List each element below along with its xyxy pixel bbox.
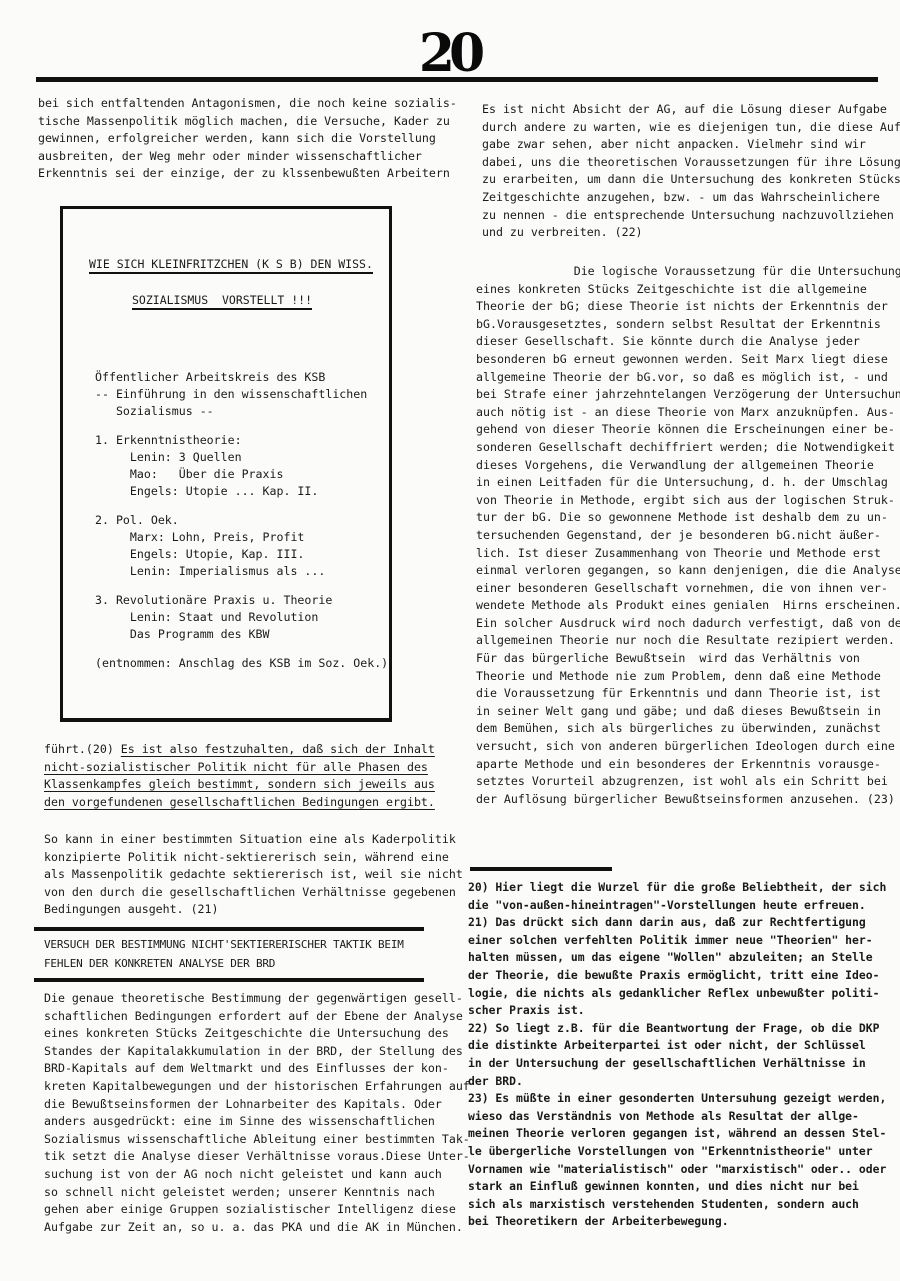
text-line: gabe zwar sehen, aber nicht anpacken. Vi… <box>482 136 882 154</box>
footnotes: 20) Hier liegt die Wurzel für die große … <box>468 879 868 1231</box>
footnote-line: halten müssen, um das eigene "Wollen" ab… <box>468 949 868 967</box>
box-line: Lenin: Staat und Revolution <box>95 609 318 627</box>
text-line: Theorie und Methode nie zum Problem, den… <box>476 668 876 686</box>
footnote-line: 23) Es müßte in einer gesonderten Unters… <box>468 1090 868 1108</box>
text-line: dieses Vorgehens, die Verwandlung der al… <box>476 457 876 475</box>
text-line: ausbreiten, der Weg mehr oder minder wis… <box>38 148 438 166</box>
left-paragraph-3: Die genaue theoretische Bestimmung der g… <box>44 990 444 1236</box>
text-line: setztes Vorurteil abzugrenzen, ist wohl … <box>476 773 876 791</box>
text-line: Standes der Kapitalakkumulation in der B… <box>44 1043 444 1061</box>
text-line: bei sich entfaltenden Antagonismen, die … <box>38 95 438 113</box>
underlined-text: nicht-sozialistischer Politik nicht für … <box>44 759 444 777</box>
text-line: dieser Gesellschaft. Sie könnte durch di… <box>476 333 876 351</box>
box-line: Öffentlicher Arbeitskreis des KSB <box>95 369 325 387</box>
footnote-line: logie, die nichts als gedanklicher Refle… <box>468 985 868 1003</box>
box-line: -- Einführung in den wissenschaftlichen <box>95 386 367 404</box>
box-line: Mao: Über die Praxis <box>95 466 283 484</box>
text-line: lich. Ist dieser Zusammenhang von Theori… <box>476 545 876 563</box>
box-line: Engels: Utopie ... Kap. II. <box>95 483 318 501</box>
section-heading-line-2: FEHLEN DER KONKRETEN ANALYSE DER BRD <box>44 957 275 970</box>
text-line: einer besonderen Gesellschaft vornehmen,… <box>476 580 876 598</box>
box-line: Lenin: Imperialismus als ... <box>95 563 325 581</box>
text-line: schaftlichen Bedingungen erfordert auf d… <box>44 1008 444 1026</box>
text-line: gehen aber einige Gruppen sozialistische… <box>44 1201 444 1219</box>
text-line: in einen Leitfaden für die Untersuchung,… <box>476 474 876 492</box>
page-number: 20 <box>404 28 494 80</box>
box-line: (entnommen: Anschlag des KSB im Soz. Oek… <box>95 655 388 673</box>
text-line: die Bewußtseinsformen der Lohnarbeiter d… <box>44 1096 444 1114</box>
footnote-line: wieso das Verständnis von Methode als Re… <box>468 1108 868 1126</box>
box-line: Sozialismus -- <box>95 403 214 421</box>
text-line: Zeitgeschichte anzugehen, bzw. - um das … <box>482 189 882 207</box>
text-line: Ein solcher Ausdruck wird noch dadurch v… <box>476 615 876 633</box>
text-line: Bedingungen ausgeht. (21) <box>44 901 444 919</box>
text-line: zu erarbeiten, um dann die Untersuchung … <box>482 171 882 189</box>
footnote-line: in der Untersuchung der gesellschaftlich… <box>468 1055 868 1073</box>
box-title-line-2: SOZIALISMUS VORSTELLT !!! <box>132 293 312 310</box>
text-line: wendete Methode als Produkt eines genial… <box>476 597 876 615</box>
box-line: 1. Erkenntnistheorie: <box>95 432 242 450</box>
text-line: So kann in einer bestimmten Situation ei… <box>44 831 444 849</box>
text-line: Die genaue theoretische Bestimmung der g… <box>44 990 444 1008</box>
footnote-line: 20) Hier liegt die Wurzel für die große … <box>468 879 868 897</box>
footnote-line: bei Theoretikern der Arbeiterbewegung. <box>468 1213 868 1231</box>
text-line: tische Massenpolitik möglich machen, die… <box>38 113 438 131</box>
footnote-line: die distinkte Arbeiterpartei ist oder ni… <box>468 1037 868 1055</box>
box-line: 3. Revolutionäre Praxis u. Theorie <box>95 592 332 610</box>
underlined-text: den vorgefundenen gesellschaftlichen Bed… <box>44 794 444 812</box>
text-line: Aufgabe zur Zeit an, so u. a. das PKA un… <box>44 1219 444 1237</box>
text-line: bei Strafe einer jahrzehntelangen Verzög… <box>476 386 876 404</box>
box-title-line-1: WIE SICH KLEINFRITZCHEN (K S B) DEN WISS… <box>89 257 373 274</box>
box-line: Das Programm des KBW <box>95 626 270 644</box>
text-line: gehend von dieser Theorie können die Ers… <box>476 421 876 439</box>
text-line: durch andere zu warten, wie es diejenige… <box>482 119 882 137</box>
text-line: Die logische Voraussetzung für die Unter… <box>476 263 876 281</box>
text-line: von Theorie in Methode, ergibt sich aus … <box>476 492 876 510</box>
text-line: versucht, sich von anderen bürgerlichen … <box>476 738 876 756</box>
text-line: Für das bürgerliche Bewußtsein wird das … <box>476 650 876 668</box>
text-line: zu nennen - die entsprechende Untersuchu… <box>482 207 882 225</box>
text-line: in seiner Welt gang und gäbe; und daß di… <box>476 703 876 721</box>
footnote-line: der Theorie, die bewußte Praxis ermöglic… <box>468 967 868 985</box>
footnote-separator <box>470 867 612 871</box>
text-line: sonderen Gesellschaft dechiffriert werde… <box>476 439 876 457</box>
text-line: führt.(20) Es ist also festzuhalten, daß… <box>44 741 444 759</box>
text-line: Theorie der bG; diese Theorie ist nichts… <box>476 298 876 316</box>
text-line: auch nötig ist - an diese Theorie von Ma… <box>476 404 876 422</box>
footnote-line: stark an Einfluß gewinnen konnten, und d… <box>468 1178 868 1196</box>
text-line: und zu verbreiten. (22) <box>482 224 882 242</box>
text-line: besonderen bG erneut gewonnen werden. Se… <box>476 351 876 369</box>
footnote-line: 22) So liegt z.B. für die Beantwortung d… <box>468 1020 868 1038</box>
footnote-line: scher Praxis ist. <box>468 1002 868 1020</box>
text-line: anders ausgedrückt: eine im Sinne des wi… <box>44 1113 444 1131</box>
text-line: Sozialismus wissenschaftliche Ableitung … <box>44 1131 444 1149</box>
text-line: BRD-Kapitals auf dem Weltmarkt und des E… <box>44 1060 444 1078</box>
footnote-line: le übergerliche Vorstellungen von "Erken… <box>468 1143 868 1161</box>
left-intro-paragraph: bei sich entfaltenden Antagonismen, die … <box>38 95 438 183</box>
text-line: tur der bG. Die so gewonnene Methode ist… <box>476 509 876 527</box>
footnote-line: sich als marxistisch verstehenden Studen… <box>468 1196 868 1214</box>
section-rule-top <box>34 927 424 931</box>
text-line: als Massenpolitik gedachte sektiererisch… <box>44 866 444 884</box>
underlined-text: Es ist also festzuhalten, daß sich der I… <box>121 742 435 756</box>
text-line: eines konkreten Stücks Zeitgeschichte is… <box>476 281 876 299</box>
left-paragraph-2: So kann in einer bestimmten Situation ei… <box>44 831 444 919</box>
text-line: eines konkreten Stücks Zeitgeschichte di… <box>44 1025 444 1043</box>
text-line: dabei, uns die theoretischen Voraussetzu… <box>482 154 882 172</box>
text-line: allgemeine Theorie der bG.vor, so daß es… <box>476 369 876 387</box>
text-line: dem Bemühen, sich als bürgerliches zu üb… <box>476 720 876 738</box>
text-line: tersuchenden Gegenstand, der je besonder… <box>476 527 876 545</box>
text-line: so schnell nicht geleistet werden; unser… <box>44 1184 444 1202</box>
box-line: Engels: Utopie, Kap. III. <box>95 546 304 564</box>
box-line: Lenin: 3 Quellen <box>95 449 242 467</box>
footnote-line: der BRD. <box>468 1073 868 1091</box>
thesis-paragraph: führt.(20) Es ist also festzuhalten, daß… <box>44 741 444 811</box>
right-paragraph-1: Es ist nicht Absicht der AG, auf die Lös… <box>482 101 882 242</box>
text-line: einmal verloren gegangen, so kann denjen… <box>476 562 876 580</box>
text-line: Erkenntnis sei der einzige, der zu klsse… <box>38 165 438 183</box>
footnote-line: Vornamen wie "materialistisch" oder "mar… <box>468 1161 868 1179</box>
text-line: allgemeinen Theorie nur noch die Resulta… <box>476 632 876 650</box>
underlined-text: Klassenkampfes gleich bestimmt, sondern … <box>44 776 444 794</box>
footnote-line: einer solchen verfehlten Politik immer n… <box>468 932 868 950</box>
footnote-line: meinen Theorie verloren gegangen ist, wä… <box>468 1125 868 1143</box>
text-line: der Auflösung bürgerlicher Bewußtseinsfo… <box>476 791 876 809</box>
text-line: tik setzt die Analyse dieser Verhältniss… <box>44 1148 444 1166</box>
footnote-ref-text: führt.(20) <box>44 742 121 756</box>
right-paragraph-2: Die logische Voraussetzung für die Unter… <box>476 263 876 808</box>
section-heading-line-1: VERSUCH DER BESTIMMUNG NICHT'SEKTIERERIS… <box>44 938 404 951</box>
boxed-insert: WIE SICH KLEINFRITZCHEN (K S B) DEN WISS… <box>60 206 392 722</box>
footnote-line: die "von-außen-hineintragen"-Vorstellung… <box>468 897 868 915</box>
text-line: suchung ist von der AG noch nicht geleis… <box>44 1166 444 1184</box>
text-line: von den durch die gesellschaftlichen Ver… <box>44 884 444 902</box>
text-line: aparte Methode und ein besonderes der Er… <box>476 756 876 774</box>
text-line: gewinnen, erfolgreicher werden, kann sic… <box>38 130 438 148</box>
text-line: Es ist nicht Absicht der AG, auf die Lös… <box>482 101 882 119</box>
footnote-line: 21) Das drückt sich dann darin aus, daß … <box>468 914 868 932</box>
box-line: Marx: Lohn, Preis, Profit <box>95 529 304 547</box>
section-rule-bottom <box>34 978 424 982</box>
text-line: die Voraussetzung für Erkenntnis und dan… <box>476 685 876 703</box>
text-line: bG.Vorausgesetztes, sondern selbst Resul… <box>476 316 876 334</box>
text-line: konzipierte Politik nicht-sektiererisch … <box>44 849 444 867</box>
box-line: 2. Pol. Oek. <box>95 512 179 530</box>
text-line: kreten Kapitalbewegungen und der histori… <box>44 1078 444 1096</box>
header-rule <box>36 77 878 82</box>
